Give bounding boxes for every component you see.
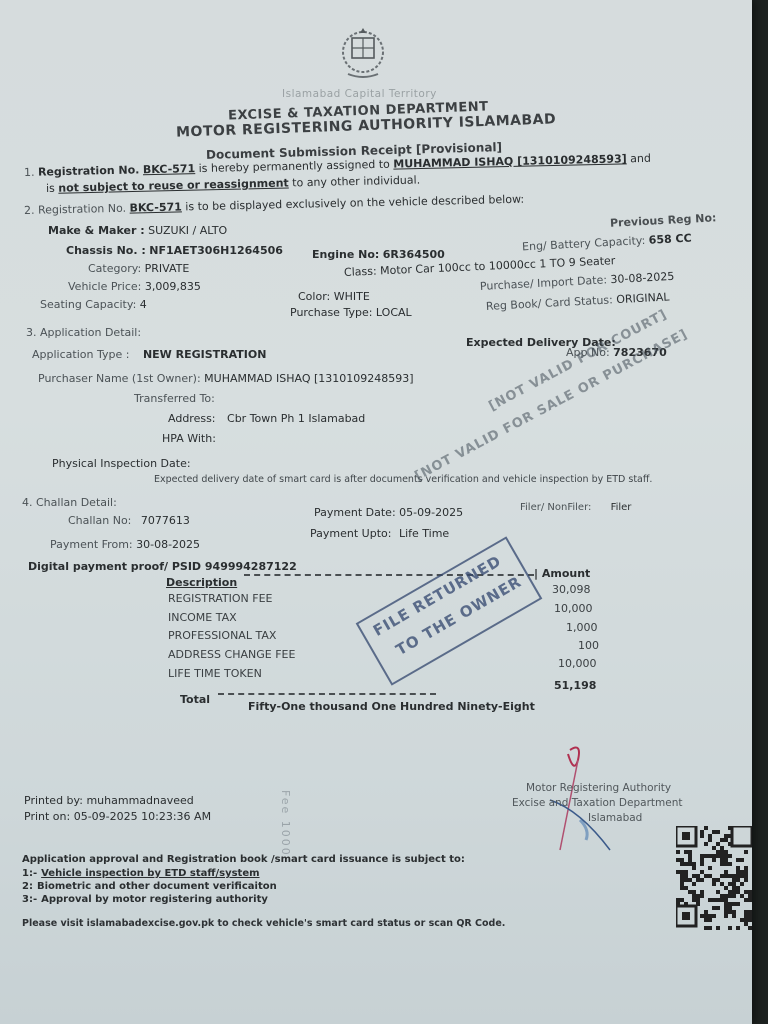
purchase-date-label: Purchase/ Import Date:: [480, 273, 608, 293]
total-dash-line: [218, 693, 436, 695]
challan-label: Challan No:: [68, 514, 131, 527]
filer-value: Filer: [611, 502, 632, 513]
app-type-value: NEW REGISTRATION: [143, 348, 267, 361]
challan-value: 7077613: [141, 514, 190, 527]
qr-code-icon[interactable]: [676, 826, 752, 930]
color-value: WHITE: [334, 290, 370, 303]
condition-item: 1:-Vehicle inspection by ETD staff/syste…: [22, 868, 260, 879]
fee-row-label: ADDRESS CHANGE FEE: [168, 648, 295, 661]
price-value: 3,009,835: [145, 280, 201, 293]
engine-number: Engine No: 6R364500: [312, 248, 445, 261]
capacity-label: Eng/ Battery Capacity:: [522, 234, 646, 253]
payment-from-label: Payment From:: [50, 538, 133, 551]
registration-label: Registration No.: [38, 163, 140, 178]
make-value: SUZUKI / ALTO: [148, 224, 227, 237]
payment-upto: Payment Upto: Life Time: [310, 527, 449, 540]
printed-by: Printed by: muhammadnaveed: [24, 794, 194, 807]
filer-label: Filer/ NonFiler:: [520, 502, 591, 513]
fee-row-amount: 30,098: [552, 583, 591, 596]
seating-capacity: Seating Capacity: 4: [40, 298, 147, 311]
fee-row-amount: 1,000: [566, 621, 598, 634]
hpa-with-label: HPA With:: [162, 432, 216, 445]
faint-fee-stamp: Fee 1000: [279, 790, 292, 857]
printed-by-label: Printed by:: [24, 794, 83, 807]
payment-upto-label: Payment Upto:: [310, 527, 391, 540]
section-3-number: 3.: [26, 326, 37, 339]
payment-from: Payment From: 30-08-2025: [50, 538, 200, 551]
registration-number: BKC-571: [143, 162, 196, 176]
authority-seal-line-3: Islamabad: [588, 812, 642, 824]
condition-text: Approval by motor registering authority: [41, 894, 268, 905]
purchase-date: Purchase/ Import Date: 30-08-2025: [480, 270, 675, 293]
book-status-value: ORIGINAL: [616, 290, 670, 306]
fee-row-label: PROFESSIONAL TAX: [168, 629, 276, 642]
fee-row-amount: 100: [578, 639, 599, 652]
inspection-date-label: Physical Inspection Date:: [52, 457, 191, 470]
color-label: Color:: [298, 290, 330, 303]
previous-reg-label: Previous Reg No:: [610, 211, 717, 230]
challan-number: Challan No: 7077613: [68, 514, 190, 527]
payment-date: Payment Date: 05-09-2025: [314, 506, 463, 519]
individual-text: to any other individual.: [292, 174, 420, 190]
total-in-words: Fifty-One thousand One Hundred Ninety-Ei…: [248, 700, 535, 713]
price-label: Vehicle Price:: [68, 280, 141, 293]
filer-status: Filer/ NonFiler: Filer: [520, 502, 631, 513]
section-1-number: 1.: [24, 166, 35, 179]
condition-text: Vehicle inspection by ETD staff/system: [41, 868, 259, 879]
section-2-number: 2.: [24, 204, 35, 217]
registration-number-2: BKC-571: [129, 200, 182, 214]
capacity-value: 658 CC: [648, 232, 692, 247]
print-on: Print on: 05-09-2025 10:23:36 AM: [24, 810, 211, 823]
book-status: Reg Book/ Card Status: ORIGINAL: [486, 290, 670, 313]
address-label: Address:: [168, 412, 216, 425]
engine-label: Engine No:: [312, 248, 379, 261]
delivery-note: Expected delivery date of smart card is …: [154, 474, 652, 485]
address: Address: Cbr Town Ph 1 Islamabad: [168, 412, 365, 425]
condition-text: Biometric and other document verificaito…: [37, 881, 277, 892]
not-valid-sale-stamp: [NOT VALID FOR SALE OR PURCHASE]: [412, 327, 690, 484]
and-text: and: [630, 152, 651, 165]
fee-row-amount: 10,000: [554, 602, 593, 615]
display-text: is to be displayed exclusively on the ve…: [185, 193, 524, 214]
book-status-label: Reg Book/ Card Status:: [486, 293, 613, 313]
authority-seal-line-2: Excise and Taxation Department: [512, 797, 682, 809]
visit-website-note: Please visit islamabadexcise.gov.pk to c…: [22, 918, 505, 929]
print-on-label: Print on:: [24, 810, 70, 823]
purchase-date-value: 30-08-2025: [610, 270, 675, 286]
application-type: Application Type : NEW REGISTRATION: [32, 348, 266, 361]
conditions-title: Application approval and Registration bo…: [22, 854, 465, 865]
description-header: Description: [166, 576, 237, 589]
printed-by-value: muhammadnaveed: [86, 794, 193, 807]
payment-from-value: 30-08-2025: [136, 538, 200, 551]
condition-number: 3:-: [22, 894, 37, 905]
receipt-paper: Islamabad Capital Territory EXCISE & TAX…: [0, 0, 752, 1024]
fee-row-label: INCOME TAX: [168, 611, 237, 624]
territory-label: Islamabad Capital Territory: [282, 88, 437, 100]
condition-item: 3:-Approval by motor registering authori…: [22, 894, 268, 905]
purchase-type-value: LOCAL: [376, 306, 412, 319]
government-emblem-icon: [330, 26, 396, 82]
section-3-heading: 3. Application Detail:: [26, 326, 141, 339]
purchaser-name: Purchaser Name (1st Owner): MUHAMMAD ISH…: [38, 372, 414, 385]
chassis-number: Chassis No. : NF1AET306H1264506: [66, 244, 283, 257]
fee-row-label: REGISTRATION FEE: [168, 592, 273, 605]
purchaser-value: MUHAMMAD ISHAQ [1310109248593]: [204, 372, 413, 385]
seating-label: Seating Capacity:: [40, 298, 136, 311]
section-4-heading: 4. Challan Detail:: [22, 496, 117, 509]
condition-number: 2:: [22, 881, 33, 892]
purchase-type: Purchase Type: LOCAL: [290, 306, 412, 319]
vehicle-color: Color: WHITE: [298, 290, 370, 303]
psid-proof: Digital payment proof/ PSID 949994287122: [28, 560, 297, 573]
chassis-value: NF1AET306H1264506: [149, 244, 283, 257]
app-type-label: Application Type :: [32, 348, 129, 361]
payment-date-label: Payment Date:: [314, 506, 396, 519]
print-on-value: 05-09-2025 10:23:36 AM: [74, 810, 211, 823]
payment-upto-value: Life Time: [399, 527, 449, 540]
category-value: PRIVATE: [145, 262, 190, 275]
fee-row-label: LIFE TIME TOKEN: [168, 667, 262, 680]
section-2-line: 2. Registration No. BKC-571 is to be dis…: [24, 193, 524, 217]
total-amount: 51,198: [554, 679, 596, 692]
condition-number: 1:-: [22, 868, 37, 879]
file-returned-stamp: FILE RETURNED TO THE OWNER: [356, 536, 543, 685]
amount-header-text: Amount: [542, 567, 590, 580]
category: Category: PRIVATE: [88, 262, 189, 275]
purchase-type-label: Purchase Type:: [290, 306, 372, 319]
purchaser-label: Purchaser Name (1st Owner):: [38, 372, 201, 385]
payment-date-value: 05-09-2025: [399, 506, 463, 519]
transferred-to-label: Transferred To:: [134, 392, 215, 405]
authority-seal-line-1: Motor Registering Authority: [526, 782, 671, 794]
category-label: Category:: [88, 262, 141, 275]
seating-value: 4: [140, 298, 147, 311]
section-4-number: 4.: [22, 496, 33, 509]
address-value: Cbr Town Ph 1 Islamabad: [227, 412, 365, 425]
make-label: Make & Maker :: [48, 224, 145, 237]
class-label: Class:: [344, 265, 377, 279]
application-detail-title: Application Detail:: [40, 326, 141, 339]
not-subject-text: not subject to reuse or reassignment: [58, 176, 289, 194]
total-label: Total: [180, 693, 210, 706]
make-maker: Make & Maker : SUZUKI / ALTO: [48, 224, 227, 237]
challan-detail-title: Challan Detail:: [36, 496, 117, 509]
amount-header: | Amount: [534, 567, 590, 580]
is-text: is: [46, 182, 55, 195]
chassis-label: Chassis No. :: [66, 244, 146, 257]
vehicle-price: Vehicle Price: 3,009,835: [68, 280, 201, 293]
engine-capacity: Eng/ Battery Capacity: 658 CC: [522, 232, 692, 254]
fee-row-amount: 10,000: [558, 657, 597, 670]
engine-value: 6R364500: [383, 248, 445, 261]
condition-item: 2:Biometric and other document verificai…: [22, 881, 277, 892]
registration-label-2: Registration No.: [38, 202, 126, 217]
